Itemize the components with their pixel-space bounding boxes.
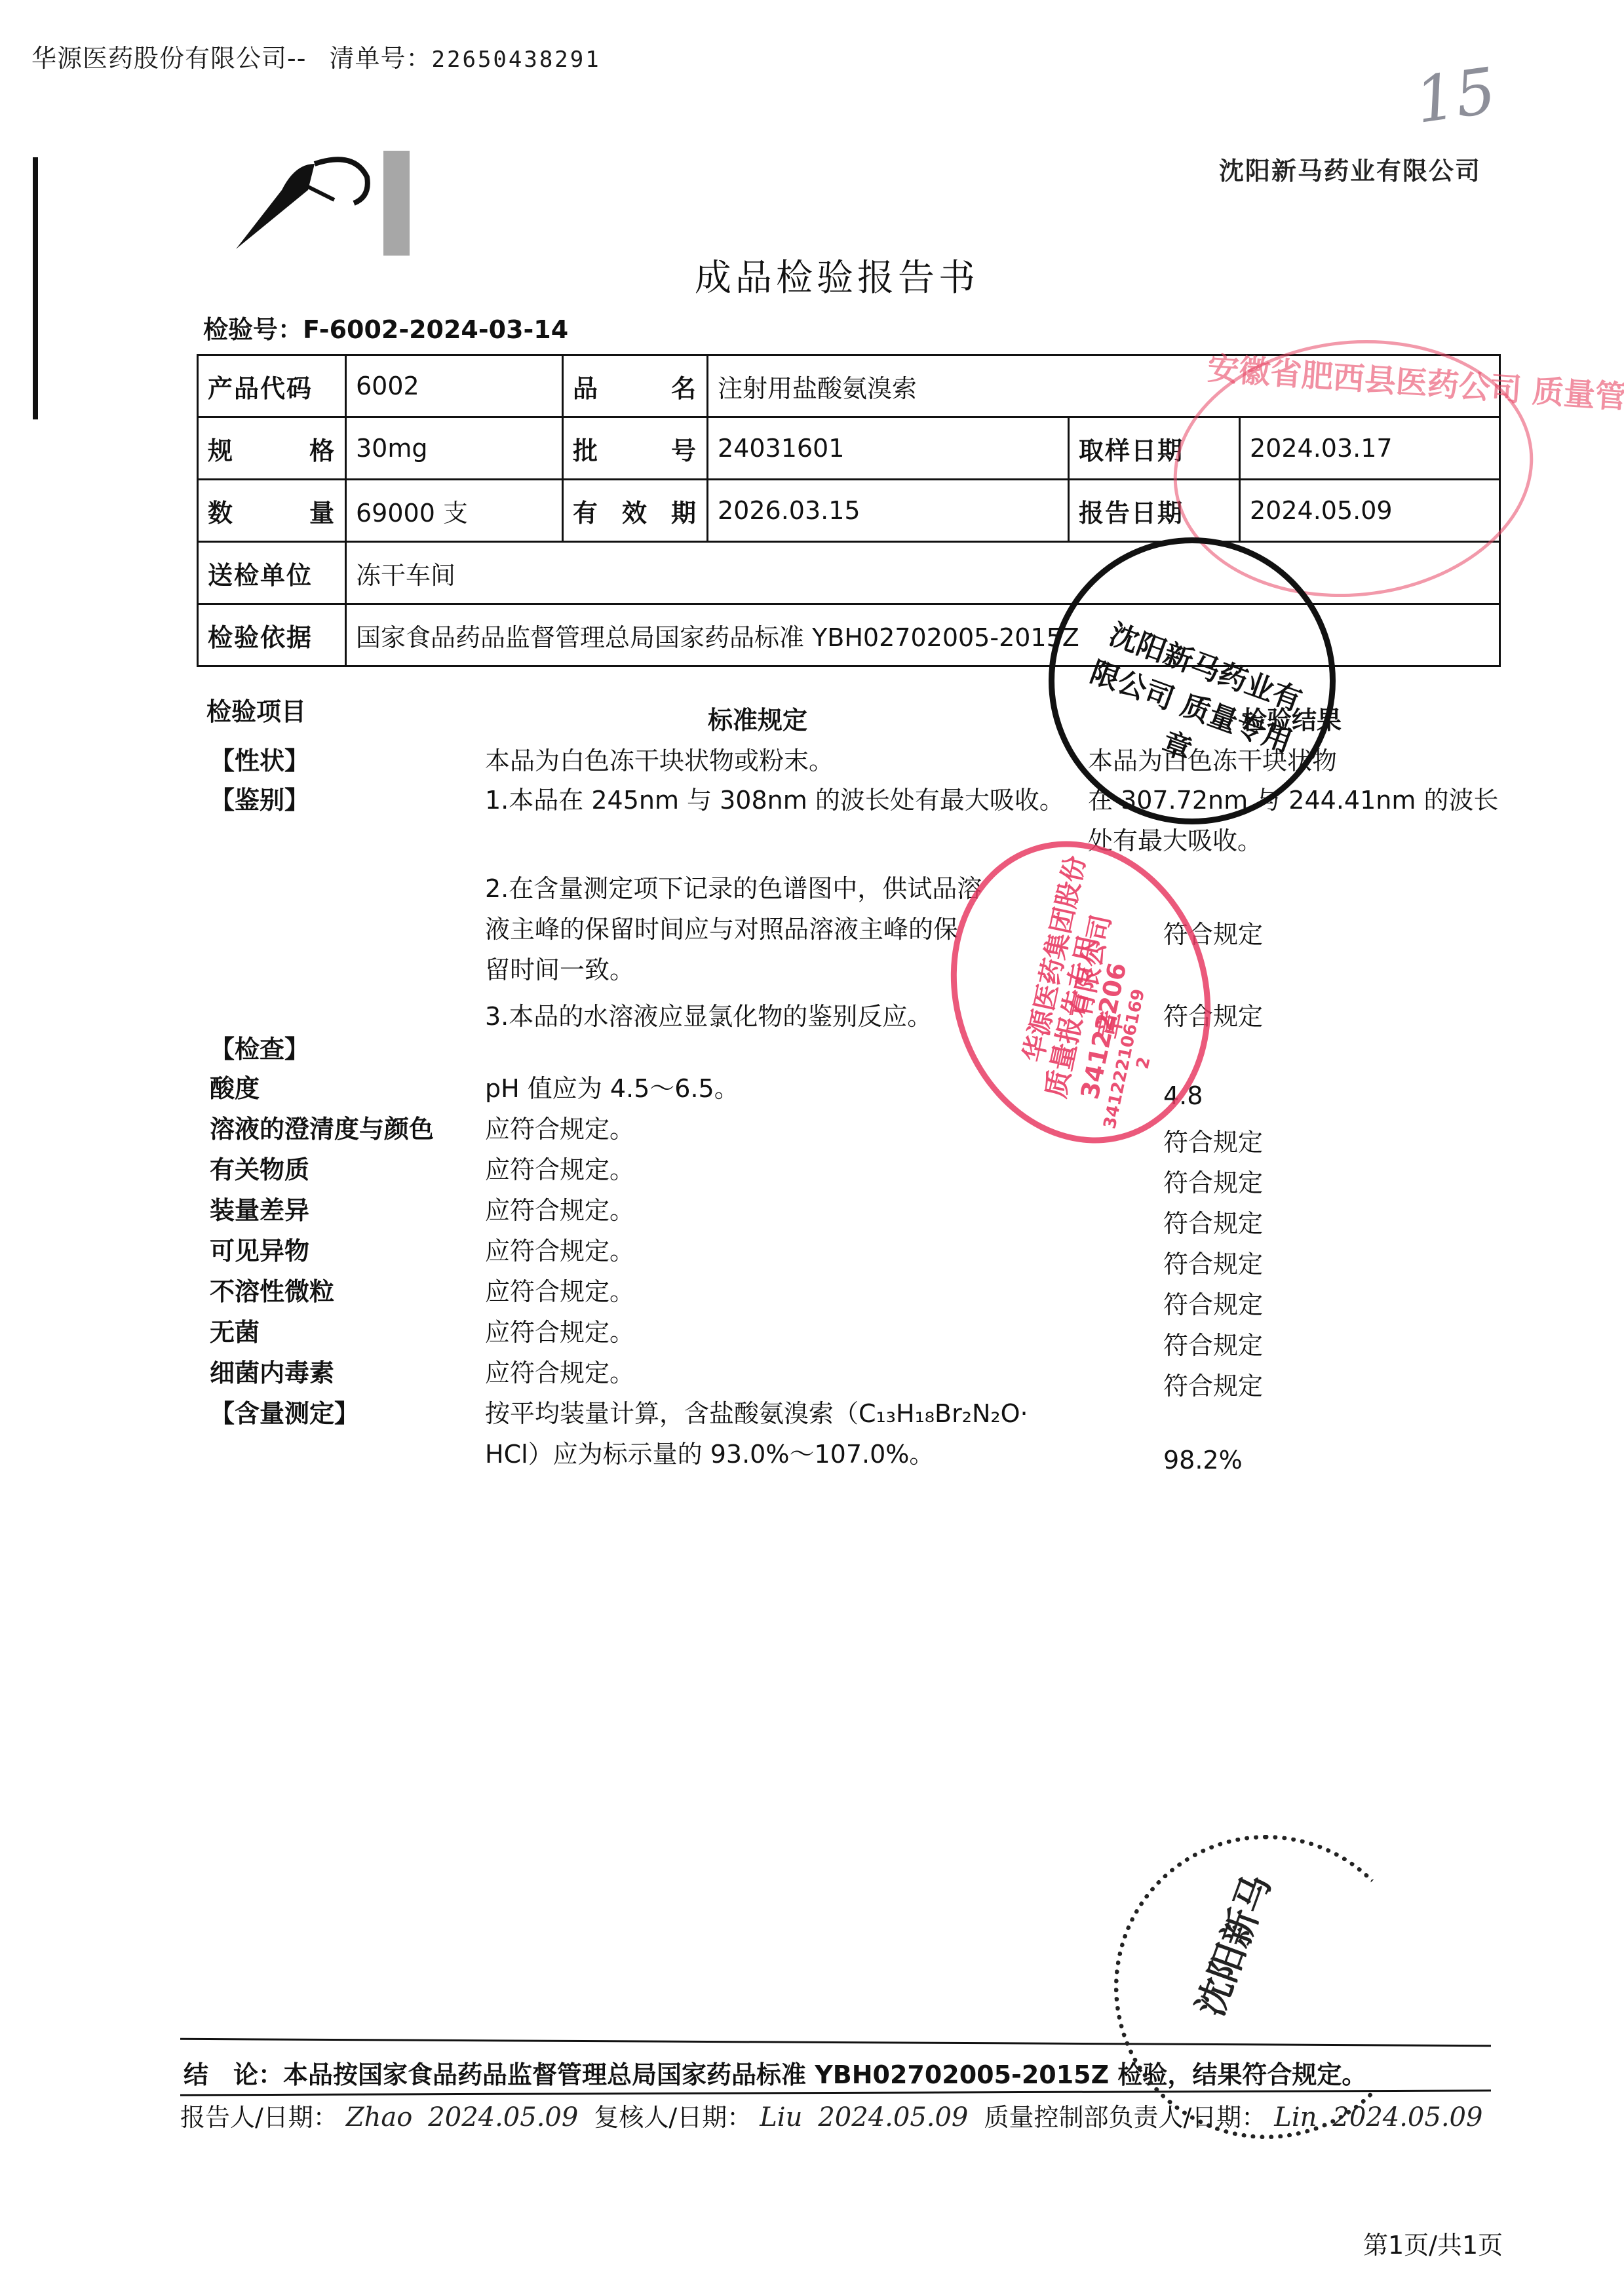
red-seal-code-1: 34122206 bbox=[1073, 951, 1134, 1111]
spec-value: 30mg bbox=[346, 417, 563, 480]
conclusion-label: 结 论： bbox=[184, 2060, 283, 2089]
quantity-label: 数 量 bbox=[198, 480, 346, 542]
test-item-label: 装量差异 bbox=[210, 1190, 309, 1226]
divider bbox=[180, 2038, 1491, 2047]
table-row: 送检单位 冻干车间 bbox=[198, 542, 1500, 604]
test-item-label: 不溶性微粒 bbox=[210, 1271, 334, 1307]
test-result-text: 符合规定 bbox=[1163, 1366, 1263, 1402]
test-item-label: 【性状】 bbox=[210, 741, 309, 777]
sampling-date-value: 2024.03.17 bbox=[1240, 417, 1500, 480]
black-seal-bottom: 沈阳新马 bbox=[1114, 1835, 1418, 2139]
batch-value: 24031601 bbox=[708, 417, 1069, 480]
spec-label: 规 格 bbox=[198, 417, 346, 480]
header-list-number: 22650438291 bbox=[432, 47, 601, 73]
test-item-label: 酸度 bbox=[210, 1068, 260, 1104]
test-standard-text: HCl）应为标示量的 93.0%～107.0%。 bbox=[485, 1434, 934, 1470]
report-date-label: 报告日期 bbox=[1069, 480, 1240, 542]
basis-label: 检验依据 bbox=[198, 604, 346, 666]
test-item-label: 有关物质 bbox=[210, 1149, 309, 1186]
expiry-value: 2026.03.15 bbox=[708, 480, 1069, 542]
reporter-date: 2024.05.09 bbox=[428, 2102, 578, 2132]
test-result-text: 4.8 bbox=[1163, 1081, 1203, 1110]
test-result-text: 98.2% bbox=[1163, 1446, 1243, 1475]
test-item-label: 可见异物 bbox=[210, 1231, 309, 1267]
test-standard-text: 应符合规定。 bbox=[485, 1149, 634, 1186]
reviewer-label: 复核人/日期： bbox=[594, 2103, 752, 2132]
reviewer-signature: Liu bbox=[760, 2102, 802, 2132]
column-header-standard: 标准规定 bbox=[708, 700, 807, 736]
reporter-signature: Zhao bbox=[346, 2102, 412, 2132]
test-standard-text: 2.在含量测定项下记录的色谱图中，供试品溶 bbox=[485, 868, 982, 904]
product-code-value: 6002 bbox=[346, 355, 563, 417]
issuer-name: 沈阳新马药业有限公司 bbox=[1219, 151, 1481, 187]
test-standard-text: pH 值应为 4.5～6.5。 bbox=[485, 1068, 739, 1104]
divider bbox=[180, 2090, 1491, 2096]
header-company: 华源医药股份有限公司-- bbox=[31, 44, 306, 73]
test-item-label: 溶液的澄清度与颜色 bbox=[210, 1109, 434, 1145]
conclusion-text: 本品按国家食品药品监督管理总局国家药品标准 YBH02702005-2015Z … bbox=[283, 2060, 1366, 2089]
table-row: 规 格 30mg 批 号 24031601 取样日期 2024.03.17 bbox=[198, 417, 1500, 480]
table-row: 检验依据 国家食品药品监督管理总局国家药品标准 YBH02702005-2015… bbox=[198, 604, 1500, 666]
qc-head-label: 质量控制部负责人/日期： bbox=[984, 2103, 1266, 2132]
test-result-text: 符合规定 bbox=[1163, 1163, 1263, 1199]
product-name-value: 注射用盐酸氨溴索 bbox=[708, 355, 1500, 417]
test-standard-text: 液主峰的保留时间应与对照品溶液主峰的保 bbox=[485, 909, 958, 945]
qc-head-signature: Lin bbox=[1274, 2102, 1317, 2132]
column-header-item: 检验项目 bbox=[206, 691, 306, 727]
batch-label: 批 号 bbox=[563, 417, 708, 480]
header-list-label: 清单号： bbox=[330, 44, 432, 73]
test-item-label: 【鉴别】 bbox=[210, 780, 309, 816]
report-date-value: 2024.05.09 bbox=[1240, 480, 1500, 542]
test-result-text: 符合规定 bbox=[1163, 1284, 1263, 1321]
basis-value: 国家食品药品监督管理总局国家药品标准 YBH02702005-2015Z bbox=[346, 604, 1500, 666]
test-result-text: 处有最大吸收。 bbox=[1088, 820, 1262, 857]
page-title: 成品检验报告书 bbox=[695, 249, 979, 301]
reviewer-date: 2024.05.09 bbox=[818, 2102, 968, 2132]
signers-line: 报告人/日期：Zhao2024.05.09 复核人/日期：Liu2024.05.… bbox=[180, 2097, 1490, 2133]
qc-head-date: 2024.05.09 bbox=[1332, 2102, 1482, 2132]
expiry-label: 有效期 bbox=[563, 480, 708, 542]
black-seal-bottom-text: 沈阳新马 bbox=[1182, 1866, 1281, 2022]
test-standard-text: 应符合规定。 bbox=[485, 1109, 634, 1145]
test-item-label: 【含量测定】 bbox=[210, 1393, 359, 1429]
test-result-text: 在 307.72nm 与 244.41nm 的波长 bbox=[1088, 780, 1498, 816]
sampling-date-label: 取样日期 bbox=[1069, 417, 1240, 480]
test-result-text: 本品为白色冻干块状物 bbox=[1088, 741, 1337, 777]
conclusion: 结 论：本品按国家食品药品监督管理总局国家药品标准 YBH02702005-20… bbox=[184, 2054, 1366, 2091]
reporter-label: 报告人/日期： bbox=[180, 2103, 338, 2132]
test-standard-text: 留时间一致。 bbox=[485, 950, 634, 986]
quantity-value: 69000 支 bbox=[346, 480, 563, 542]
test-result-text: 符合规定 bbox=[1163, 996, 1263, 1032]
test-standard-text: 3.本品的水溶液应显氯化物的鉴别反应。 bbox=[485, 996, 932, 1032]
test-standard-text: 1.本品在 245nm 与 308nm 的波长处有最大吸收。 bbox=[485, 780, 1064, 816]
inspection-number-label: 检验号： bbox=[203, 315, 303, 344]
table-row: 产品代码 6002 品 名 注射用盐酸氨溴索 bbox=[198, 355, 1500, 417]
red-seal-code-2: 341222106169 2 bbox=[1098, 980, 1170, 1142]
test-standard-text: 应符合规定。 bbox=[485, 1190, 634, 1226]
test-result-text: 符合规定 bbox=[1163, 1122, 1263, 1158]
list-header: 华源医药股份有限公司-- 清单号：22650438291 bbox=[31, 38, 601, 74]
inspection-number-value: F-6002-2024-03-14 bbox=[303, 315, 568, 344]
test-standard-text: 应符合规定。 bbox=[485, 1312, 634, 1348]
table-row: 数 量 69000 支 有效期 2026.03.15 报告日期 2024.05.… bbox=[198, 480, 1500, 542]
red-seal-inner-text: 质量报告专用章 bbox=[1032, 919, 1148, 1121]
submitting-unit-label: 送检单位 bbox=[198, 542, 346, 604]
test-result-text: 符合规定 bbox=[1163, 1203, 1263, 1239]
red-seal-outer-text: 华源医药集团股份有限公司 bbox=[1012, 849, 1130, 1075]
test-standard-text: 本品为白色冻干块状物或粉末。 bbox=[485, 741, 834, 777]
handwritten-page-mark: 15 bbox=[1411, 54, 1501, 138]
test-item-label: 无菌 bbox=[210, 1312, 260, 1348]
test-item-label: 细菌内毒素 bbox=[210, 1353, 334, 1389]
logo-mark-icon bbox=[223, 151, 419, 269]
test-standard-text: 按平均装量计算，含盐酸氨溴索（C₁₃H₁₈Br₂N₂O· bbox=[485, 1393, 1028, 1429]
test-result-text: 符合规定 bbox=[1163, 1244, 1263, 1280]
test-result-text: 符合规定 bbox=[1163, 914, 1263, 950]
test-standard-text: 应符合规定。 bbox=[485, 1231, 634, 1267]
product-code-label: 产品代码 bbox=[198, 355, 346, 417]
test-result-text: 符合规定 bbox=[1163, 1325, 1263, 1361]
inspection-number: 检验号：F-6002-2024-03-14 bbox=[203, 309, 568, 345]
scan-edge-bar bbox=[33, 157, 38, 419]
test-item-label: 【检查】 bbox=[210, 1029, 309, 1065]
test-standard-text: 应符合规定。 bbox=[485, 1353, 634, 1389]
test-standard-text: 应符合规定。 bbox=[485, 1271, 634, 1307]
column-header-result: 检验结果 bbox=[1242, 700, 1342, 736]
product-name-label: 品 名 bbox=[563, 355, 708, 417]
product-info-table: 产品代码 6002 品 名 注射用盐酸氨溴索 规 格 30mg 批 号 2403… bbox=[197, 354, 1501, 667]
submitting-unit-value: 冻干车间 bbox=[346, 542, 1500, 604]
page-indicator: 第1页/共1页 bbox=[1363, 2225, 1503, 2261]
